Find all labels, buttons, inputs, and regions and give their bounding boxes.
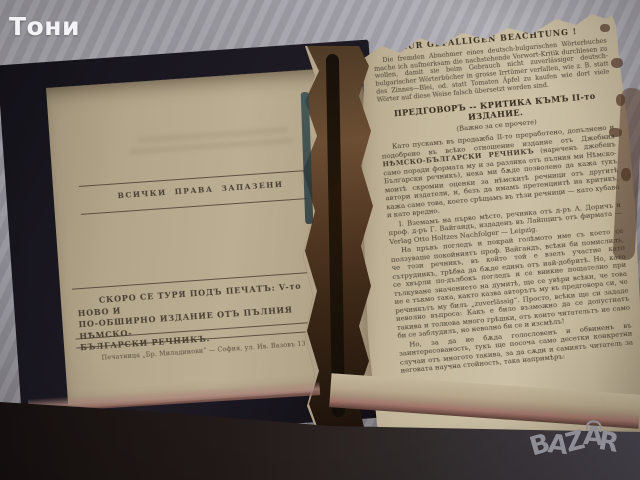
bazar-logo: B A Z A R bbox=[529, 427, 618, 459]
worn-spot bbox=[611, 58, 623, 68]
logo-letter: R bbox=[596, 428, 620, 457]
book-listing-photo: ВСИЧКИ ПРАВА ЗАПАЗЕНИ СКОРО СЕ ТУРЯ ПОДЪ… bbox=[0, 0, 640, 480]
seller-name-watermark: Тони bbox=[9, 12, 80, 41]
right-page: ZUR GEFÄLLIGEN BEACHTUNG ! Die fremden A… bbox=[348, 6, 640, 434]
right-page-content: ZUR GEFÄLLIGEN BEACHTUNG ! Die fremden A… bbox=[372, 24, 634, 377]
worn-spot bbox=[600, 24, 610, 32]
